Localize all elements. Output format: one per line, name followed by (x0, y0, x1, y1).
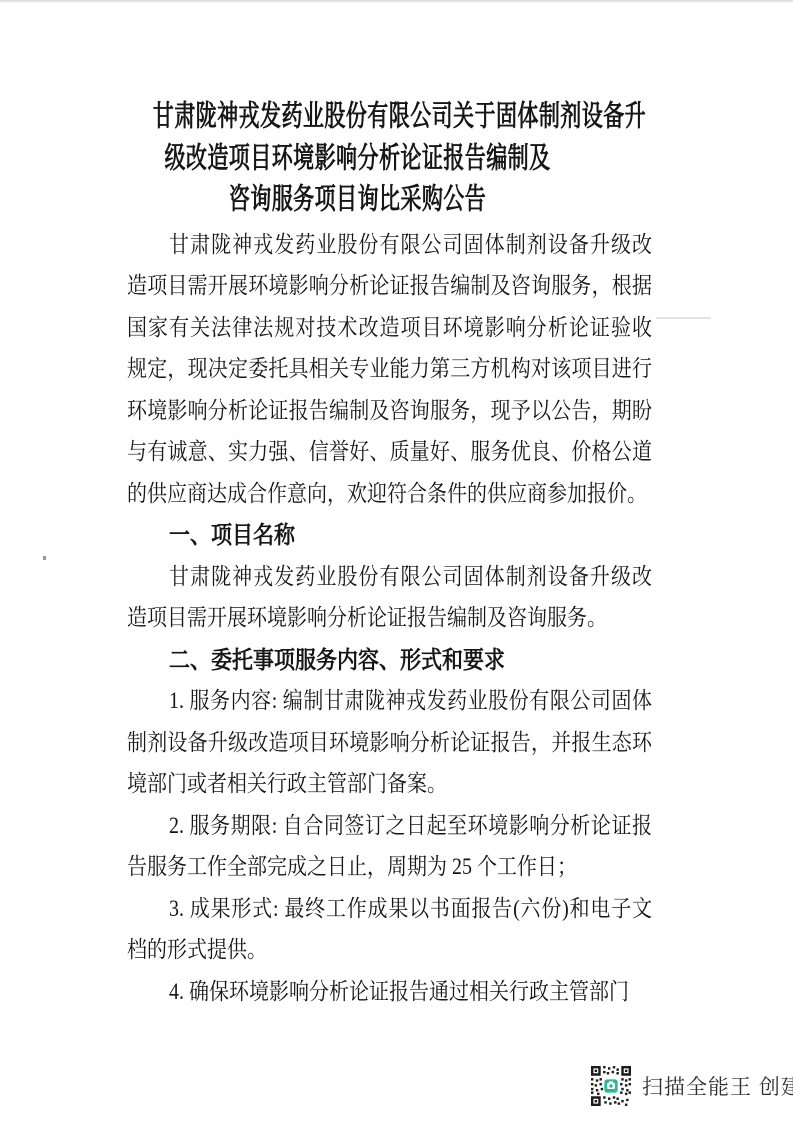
heading-line: 一、项目名称 (127, 512, 652, 560)
text-line: 境部门或者相关行政主管部门备案。 (127, 761, 652, 809)
text-line: 1. 服务内容: 编制甘肃陇神戎发药业股份有限公司固体 (127, 678, 652, 726)
qr-code-icon (591, 1066, 631, 1106)
section-heading: 二、委托事项服务内容、形式和要求 (127, 640, 652, 682)
section-heading: 一、项目名称 (127, 515, 652, 557)
document-title: 甘肃陇神戎发药业股份有限公司关于固体制剂设备升级改造项目环境影响分析论证报告编制… (127, 96, 652, 221)
text-line: 告服务工作全部完成之日止，周期为 25 个工作日； (127, 844, 652, 892)
title-line: 咨询服务项目询比采购公告 (153, 177, 563, 222)
text-line: 规定，现决定委托具相关专业能力第三方机构对该项目进行 (127, 346, 652, 394)
scanner-watermark: 扫描全能王 创建 (591, 1066, 793, 1106)
text-line: 4. 确保环境影响分析论证报告通过相关行政主管部门 (127, 968, 652, 1016)
title-line: 级改造项目环境影响分析论证报告编制及 (153, 136, 563, 181)
title-line: 甘肃陇神戎发药业股份有限公司关于固体制剂设备升 (153, 94, 563, 139)
text-line: 与有诚意、实力强、信誉好、质量好、服务优良、价格公道 (127, 429, 652, 477)
paragraph: 1. 服务内容: 编制甘肃陇神戎发药业股份有限公司固体制剂设备升级改造项目环境影… (127, 681, 652, 806)
scan-speck-artifact (43, 556, 46, 560)
paragraph: 2. 服务期限: 自合同签订之日起至环境影响分析论证报告服务工作全部完成之日止，… (127, 806, 652, 889)
scan-edge-artifact (0, 0, 793, 3)
text-line: 造项目需开展环境影响分析论证报告编制及咨询服务，根据 (127, 263, 652, 311)
document-body: 甘肃陇神戎发药业股份有限公司固体制剂设备升级改造项目需开展环境影响分析论证报告编… (127, 225, 652, 1014)
qr-center-logo (604, 1079, 617, 1092)
text-line: 档的形式提供。 (127, 927, 652, 975)
paragraph: 甘肃陇神戎发药业股份有限公司固体制剂设备升级改造项目需开展环境影响分析论证报告编… (127, 557, 652, 640)
document-page: 甘肃陇神戎发药业股份有限公司关于固体制剂设备升级改造项目环境影响分析论证报告编制… (0, 0, 793, 1122)
paragraph: 3. 成果形式: 最终工作成果以书面报告(六份)和电子文档的形式提供。 (127, 889, 652, 972)
scanner-watermark-label: 扫描全能王 创建 (642, 1071, 793, 1101)
text-line: 造项目需开展环境影响分析论证报告编制及咨询服务。 (127, 595, 652, 643)
scan-smudge-artifact (656, 317, 711, 319)
paragraph: 4. 确保环境影响分析论证报告通过相关行政主管部门 (127, 972, 652, 1014)
document-content: 甘肃陇神戎发药业股份有限公司关于固体制剂设备升级改造项目环境影响分析论证报告编制… (127, 96, 652, 1013)
paragraph: 甘肃陇神戎发药业股份有限公司固体制剂设备升级改造项目需开展环境影响分析论证报告编… (127, 225, 652, 516)
